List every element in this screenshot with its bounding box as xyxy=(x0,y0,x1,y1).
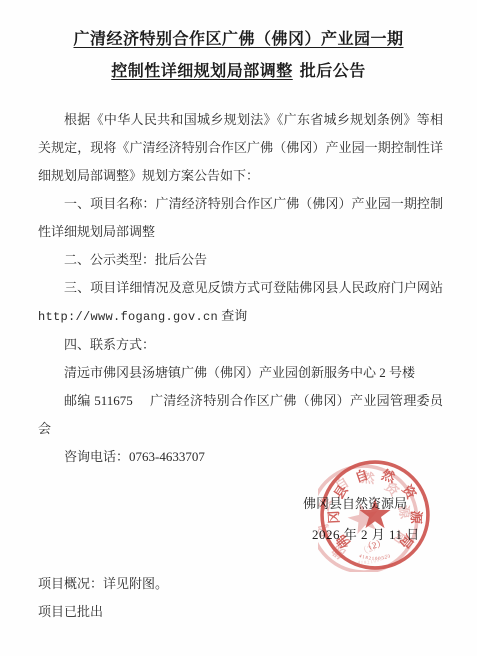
agency-name: 佛冈县自然资源局 xyxy=(303,496,420,512)
item-project-name: 一、项目名称：广清经济特别合作区广佛（佛冈）产业园一期控制性详细规划局部调整 xyxy=(38,190,443,246)
signature-block: 佛冈县自然资源局 2026 年 2 月 11 日 xyxy=(303,496,420,543)
notice-title-line2-main: 控制性详细规划局部调整 xyxy=(111,63,300,80)
issue-date: 2026 年 2 月 11 日 xyxy=(312,527,420,543)
intro-paragraph: 根据《中华人民共和国城乡规划法》《广东省城乡规划条例》等相关规定，现将《广清经济… xyxy=(38,106,443,190)
website-url: http://www.fogang.gov.cn xyxy=(38,310,218,324)
footer-notes: 项目概况：详见附图。 项目已批出 xyxy=(38,570,168,626)
notice-body: 根据《中华人民共和国城乡规划法》《广东省城乡规划条例》等相关规定，现将《广清经济… xyxy=(0,106,477,471)
item-notice-type: 二、公示类型：批后公告 xyxy=(38,246,443,274)
item-details: 三、项目详细情况及意见反馈方式可登陆佛冈县人民政府门户网站http://www.… xyxy=(38,274,443,331)
project-status-note: 项目已批出 xyxy=(38,598,168,626)
item-contact: 四、联系方式： xyxy=(38,331,443,359)
notice-title-line2: 控制性详细规划局部调整批后公告 xyxy=(0,56,477,88)
item-details-suffix: 查询 xyxy=(218,308,247,323)
notice-document-page: 广清经济特别合作区广佛（佛冈）产业园一期 控制性详细规划局部调整批后公告 根据《… xyxy=(0,0,477,656)
contact-postal-committee: 邮编 511675 广清经济特别合作区广佛（佛冈）产业园管理委员会 xyxy=(38,387,443,443)
contact-phone: 咨询电话：0763-4633707 xyxy=(38,443,443,471)
notice-title-line2-suffix: 批后公告 xyxy=(300,63,366,80)
contact-address: 清远市佛冈县汤塘镇广佛（佛冈）产业园创新服务中心 2 号楼 xyxy=(38,359,443,387)
notice-title-line1: 广清经济特别合作区广佛（佛冈）产业园一期 xyxy=(0,24,477,56)
notice-title: 广清经济特别合作区广佛（佛冈）产业园一期 控制性详细规划局部调整批后公告 xyxy=(0,0,477,88)
project-overview-note: 项目概况：详见附图。 xyxy=(38,570,168,598)
item-details-text: 三、项目详细情况及意见反馈方式可登陆佛冈县人民政府门户网站 xyxy=(64,280,443,295)
